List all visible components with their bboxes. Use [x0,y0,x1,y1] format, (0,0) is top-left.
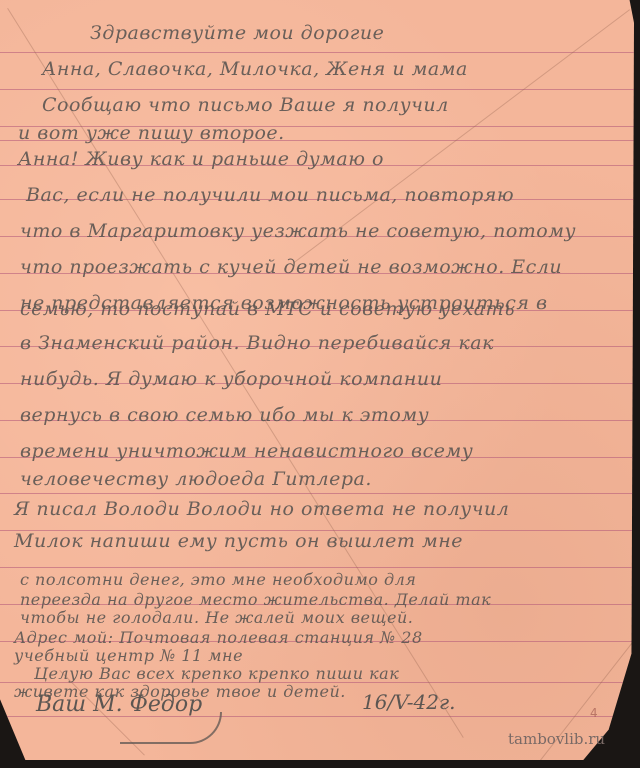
letter-line: Аннa, Славочка, Милочка, Женя и мама [42,60,468,79]
pencil-mark: 4 [590,706,598,720]
letter-line: семью, то поступай в МТС и советую уехат… [20,300,515,319]
letter-line: учебный центр № 11 мне [14,648,243,664]
letter-line: Целую Вас всех крепко крепко пиши как [34,666,399,682]
letter-line: что в Маргаритовку уезжать не советую, п… [20,222,576,241]
watermark: tambovlib.ru [508,730,605,748]
ruled-line [0,89,634,90]
letter-line: Вас, если не получили мои письма, повтор… [26,186,514,205]
letter-line: Адрес мой: Почтовая полевая станция № 28 [14,630,423,646]
letter-line: и вот уже пишу второе. [18,124,285,143]
letter-paper: Здравствуйте мои дорогие Аннa, Славочка,… [0,0,634,760]
letter-line: Милок напиши ему пусть он вышлет мне [14,532,463,551]
letter-date: 16/V-42г. [362,690,455,714]
scanned-letter: Здравствуйте мои дорогие Аннa, Славочка,… [0,0,640,768]
letter-line: в Знаменский район. Видно перебивайся ка… [20,334,494,353]
ruled-line [0,493,634,494]
letter-line: вернусь в свою семью ибо мы к этому [20,406,429,425]
ruled-line [0,52,634,53]
letter-line: времени уничтожим ненавистного всему [20,442,473,461]
letter-line: Анна! Живу как и раньше думаю о [18,150,384,169]
letter-line: переезда на другое место жительства. Дел… [20,592,491,608]
letter-line: с полсотни денег, это мне необходимо для [20,572,416,588]
letter-line: Сообщаю что письмо Ваше я получил [42,96,449,115]
letter-line: человечеству людоеда Гитлера. [20,470,372,489]
letter-line: Я писал Володи Володи но ответа не получ… [14,500,509,519]
letter-line: Здравствуйте мои дорогие [90,24,384,43]
letter-line: нибудь. Я думаю к уборочной компании [20,370,442,389]
signature-flourish [120,712,222,744]
letter-line: что проезжать с кучей детей не возможно.… [20,258,562,277]
ruled-line [0,567,634,568]
letter-line: чтобы не голодали. Не жалей моих вещей. [20,610,413,626]
